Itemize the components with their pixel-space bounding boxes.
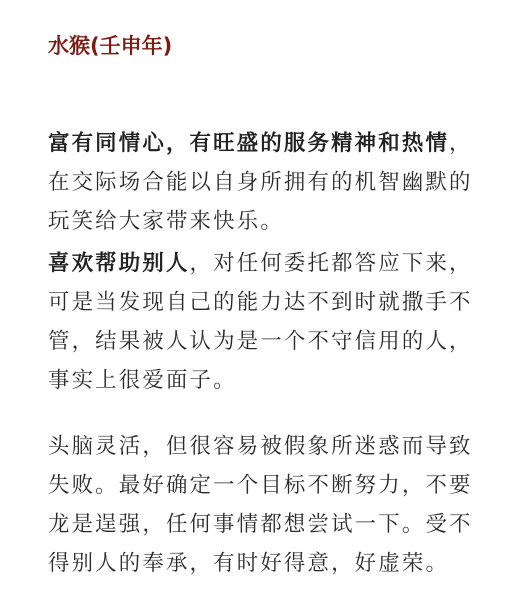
paragraph-1-bold: 富有同情心，有旺盛的服务精神和热情: [48, 131, 449, 156]
paragraph-3-text: 头脑灵活，但很容易被假象所迷惑而导致失败。最好确定一个目标不断努力，不要龙是逞强…: [48, 434, 473, 576]
paragraph-2-bold: 喜欢帮助别人: [48, 251, 190, 276]
paragraph-3: 头脑灵活，但很容易被假象所迷惑而导致失败。最好确定一个目标不断努力，不要龙是逞强…: [48, 427, 480, 583]
paragraph-2: 喜欢帮助别人，对任何委托都答应下来，可是当发现自己的能力达不到时就撒手不管，结果…: [48, 244, 480, 400]
paragraph-1: 富有同情心，有旺盛的服务精神和热情，在交际场合能以自身所拥有的机智幽默的玩笑给大…: [48, 124, 480, 241]
page-title: 水猴(壬申年): [48, 31, 172, 61]
